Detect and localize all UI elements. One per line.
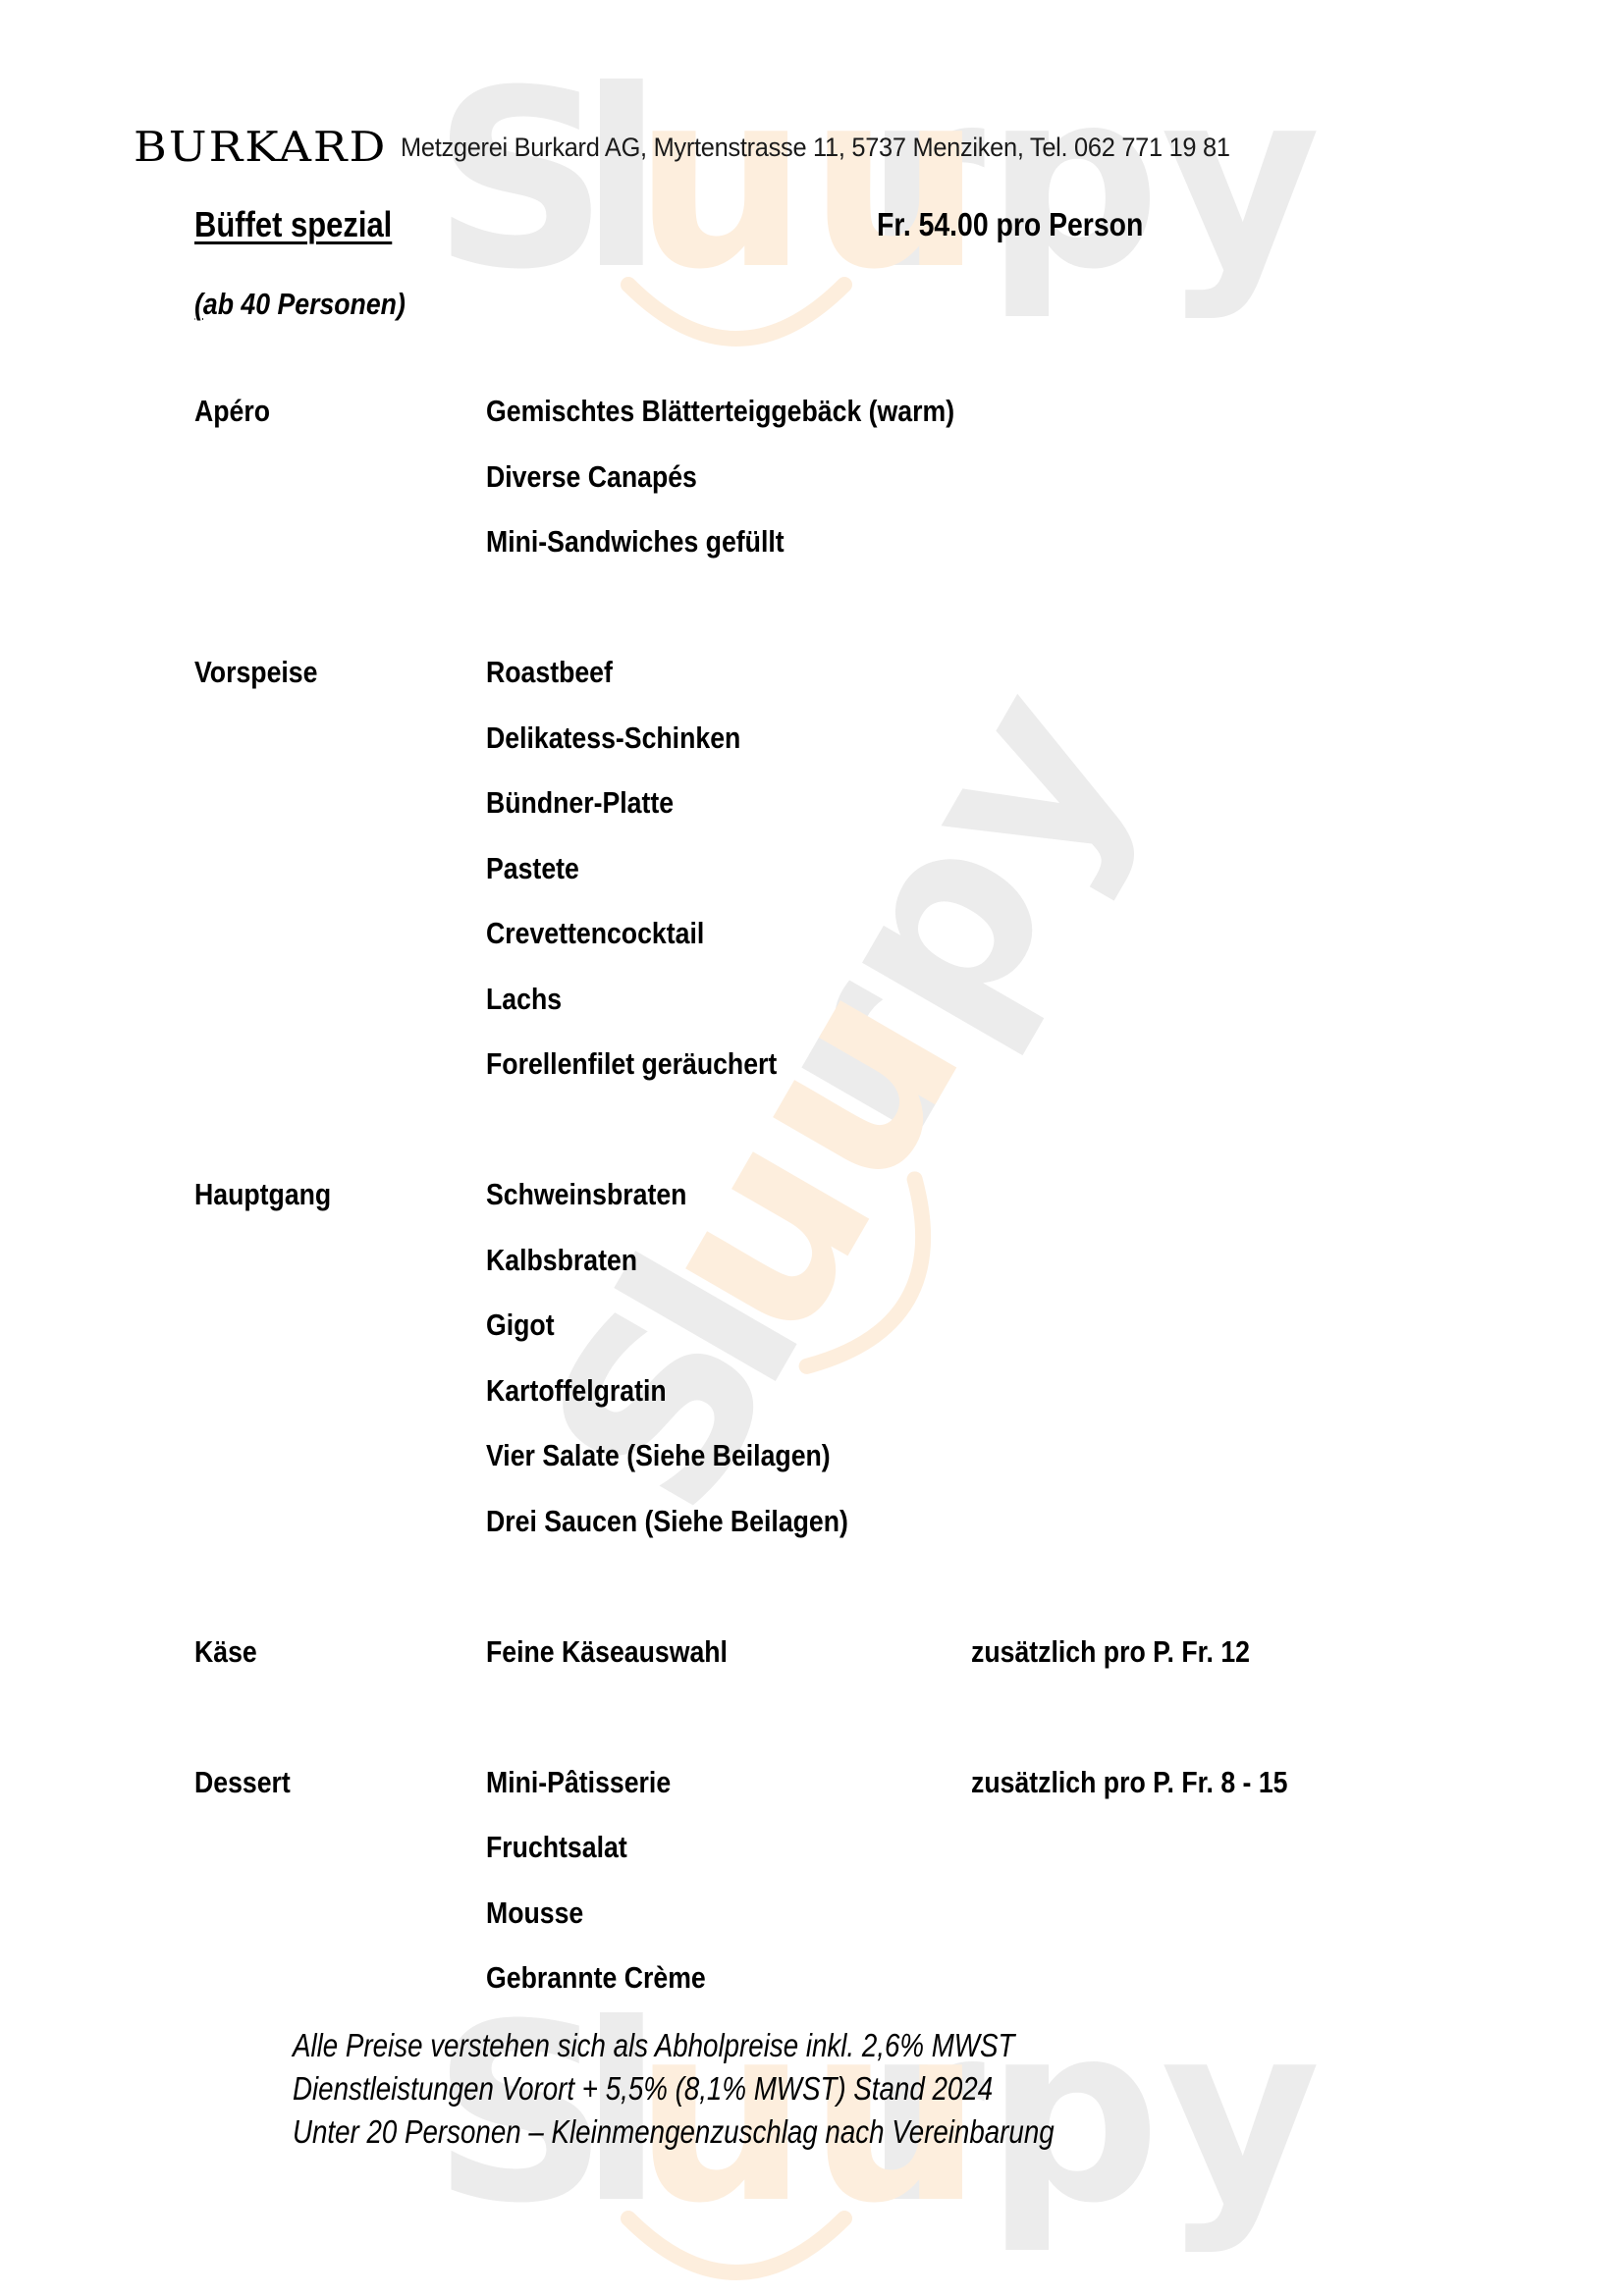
svg-text:l: l	[579, 37, 664, 323]
subtitle-text: ab 40 Personen)	[203, 287, 406, 321]
course-label: Apéro	[194, 392, 270, 431]
dish-item: Delikatess-Schinken	[486, 719, 740, 758]
sluurpy-watermark-top: S l rpy uu	[432, 39, 1237, 334]
dish-item: Forellenfilet geräuchert	[486, 1044, 777, 1084]
dish-item: Lachs	[486, 980, 562, 1019]
sluurpy-watermark-middle: S l rpy uu	[496, 717, 1154, 1561]
subtitle-open-paren: (	[194, 287, 203, 321]
course-label: Hauptgang	[194, 1175, 331, 1214]
dish-item: Crevettencocktail	[486, 914, 704, 953]
menu-price: Fr. 54.00 pro Person	[877, 205, 1143, 244]
dish-item: Bündner-Platte	[486, 783, 674, 823]
watermark-logo-icon: S l rpy uu	[432, 39, 1237, 334]
dish-item: Diverse Canapés	[486, 457, 697, 497]
dish-item: Vier Salate (Siehe Beilagen)	[486, 1436, 831, 1475]
dish-item: Mousse	[486, 1894, 583, 1933]
dish-item: Kalbsbraten	[486, 1241, 637, 1280]
dish-item: Gebrannte Crème	[486, 1958, 706, 1998]
footnote-pickup-prices: Alle Preise verstehen sich als Abholprei…	[293, 2024, 1014, 2067]
dish-item: Drei Saucen (Siehe Beilagen)	[486, 1502, 848, 1541]
dish-item: Mini-Sandwiches gefüllt	[486, 522, 785, 561]
letterhead: burkard Metzgerei Burkard AG, Myrtenstra…	[134, 92, 1283, 171]
burkard-logo: burkard	[134, 98, 387, 171]
svg-text:rpy: rpy	[864, 37, 1321, 323]
course-label: Vorspeise	[194, 653, 317, 692]
minimum-guests-note: (ab 40 Personen)	[194, 285, 406, 324]
company-address-line: Metzgerei Burkard AG, Myrtenstrasse 11, …	[401, 133, 1230, 171]
course-label: Dessert	[194, 1763, 291, 1802]
footnote-small-group-surcharge: Unter 20 Personen – Kleinmengenzuschlag …	[293, 2110, 1055, 2154]
svg-text:uu: uu	[633, 37, 983, 323]
dish-item: Gigot	[486, 1306, 555, 1345]
logo-text: burkard	[134, 111, 387, 171]
menu-title: Büffet spezial	[194, 205, 392, 244]
dish-item: Schweinsbraten	[486, 1175, 686, 1214]
course-surcharge: zusätzlich pro P. Fr. 8 - 15	[971, 1763, 1288, 1802]
course-label: Käse	[194, 1632, 257, 1672]
watermark-logo-icon: S l rpy uu	[496, 717, 1154, 1561]
svg-text:S: S	[432, 37, 609, 323]
dish-item: Pastete	[486, 849, 579, 888]
dish-item: Fruchtsalat	[486, 1828, 627, 1867]
footnote-service-surcharge: Dienstleistungen Vorort + 5,5% (8,1% MWS…	[293, 2067, 993, 2110]
dish-item: Kartoffelgratin	[486, 1371, 667, 1411]
dish-item: Mini-Pâtisserie	[486, 1763, 671, 1802]
svg-text:uu: uu	[595, 935, 1017, 1381]
dish-item: Roastbeef	[486, 653, 613, 692]
svg-text:rpy: rpy	[710, 643, 1186, 1181]
dish-item: Feine Käseauswahl	[486, 1632, 728, 1672]
dish-item: Gemischtes Blätterteiggebäck (warm)	[486, 392, 954, 431]
course-surcharge: zusätzlich pro P. Fr. 12	[971, 1632, 1250, 1672]
